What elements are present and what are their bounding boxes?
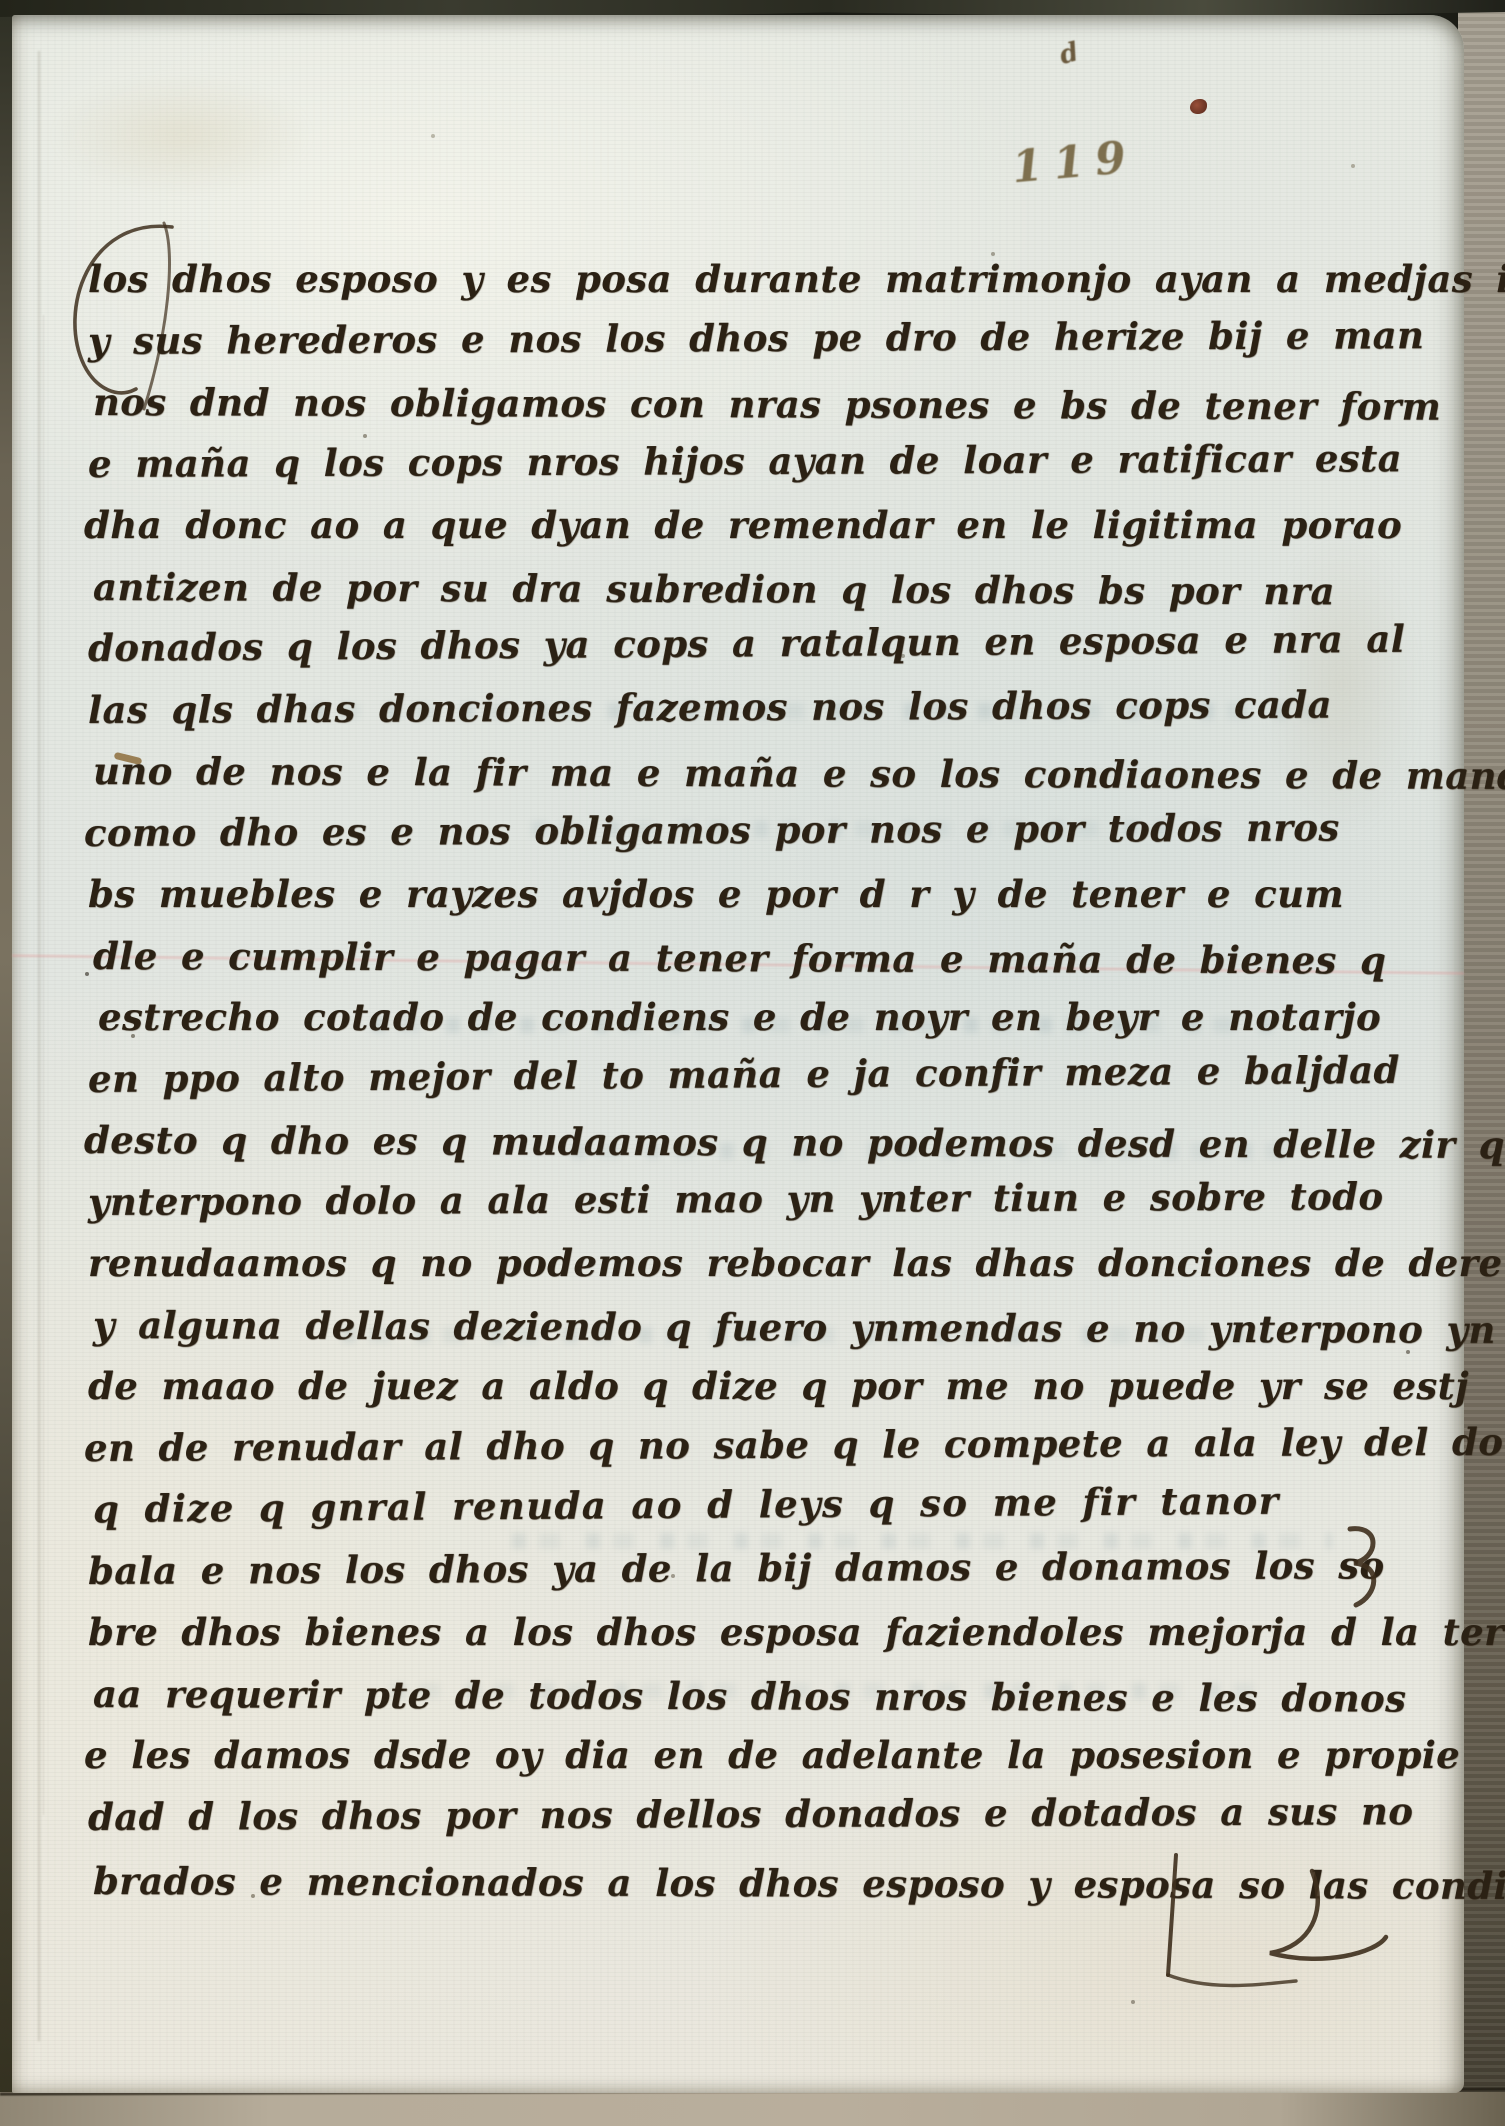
manuscript-line: dha donc ao a que dyan de remendar en le… — [84, 495, 1453, 557]
manuscript-line: estrecho cotado de condiens e de noyr en… — [98, 987, 1453, 1049]
manuscript-line: e maña q los cops nros hijos ayan de loa… — [88, 428, 1453, 495]
vertical-crease-faint — [43, 315, 44, 1815]
manuscript-text-block: los dhos esposo y es posa durante matrim… — [88, 249, 1453, 1913]
manuscript-line: en ppo alto mejor del to maña e ja confi… — [88, 1039, 1453, 1110]
manuscript-line: bre dhos bienes a los dhos esposa fazien… — [88, 1602, 1453, 1664]
final-pen-flourish — [1060, 1853, 1400, 2003]
manuscript-line: aa requerir pte de todos los dhos nros b… — [93, 1664, 1453, 1730]
age-stain — [52, 75, 312, 195]
manuscript-line: bs muebles e rayzes avjdos e por d r y d… — [88, 864, 1453, 926]
paper-specks — [12, 15, 14, 17]
manuscript-line: q dize q gnral renuda ao d leys q so me … — [93, 1470, 1453, 1541]
manuscript-line: los dhos esposo y es posa durante matrim… — [88, 249, 1453, 311]
page-stack-edge — [1458, 0, 1505, 2126]
manuscript-line: donados q los dhos ya cops a ratalqun en… — [88, 608, 1453, 679]
manuscript-line: en de renudar al dho q no sabe q le comp… — [84, 1412, 1453, 1479]
folio-page-number: 119 — [1010, 136, 1138, 191]
manuscript-scan: d 119 los dhos esposo y es posa durante … — [0, 0, 1505, 2126]
manuscript-page: d 119 los dhos esposo y es posa durante … — [12, 15, 1464, 2093]
manuscript-line: bala e nos los dhos ya de la bij damos e… — [88, 1535, 1453, 1602]
manuscript-line: de maao de juez a aldo q dize q por me n… — [88, 1356, 1453, 1418]
manuscript-line: ynterpono dolo a ala esti mao yn ynter t… — [88, 1166, 1453, 1233]
manuscript-line: las qls dhas donciones fazemos nos los d… — [88, 674, 1453, 741]
bottom-page-edges — [0, 2092, 1505, 2126]
manuscript-line: e les damos dsde oy dia en de adelante l… — [84, 1725, 1453, 1787]
manuscript-line: y alguna dellas deziendo q fuero ynmenda… — [93, 1295, 1453, 1361]
manuscript-line: renudaamos q no podemos rebocar las dhas… — [88, 1233, 1453, 1295]
manuscript-line: dle e cumplir e pagar a tener forma e ma… — [93, 926, 1453, 992]
manuscript-line: como dho es e nos obligamos por nos e po… — [84, 797, 1453, 864]
vertical-crease — [38, 51, 40, 2041]
manuscript-line: dad d los dhos por nos dellos donados e … — [88, 1781, 1453, 1848]
line-end-pen-flourish — [1342, 1523, 1402, 1613]
manuscript-line: y sus herederos e nos los dhos pe dro de… — [88, 305, 1453, 372]
